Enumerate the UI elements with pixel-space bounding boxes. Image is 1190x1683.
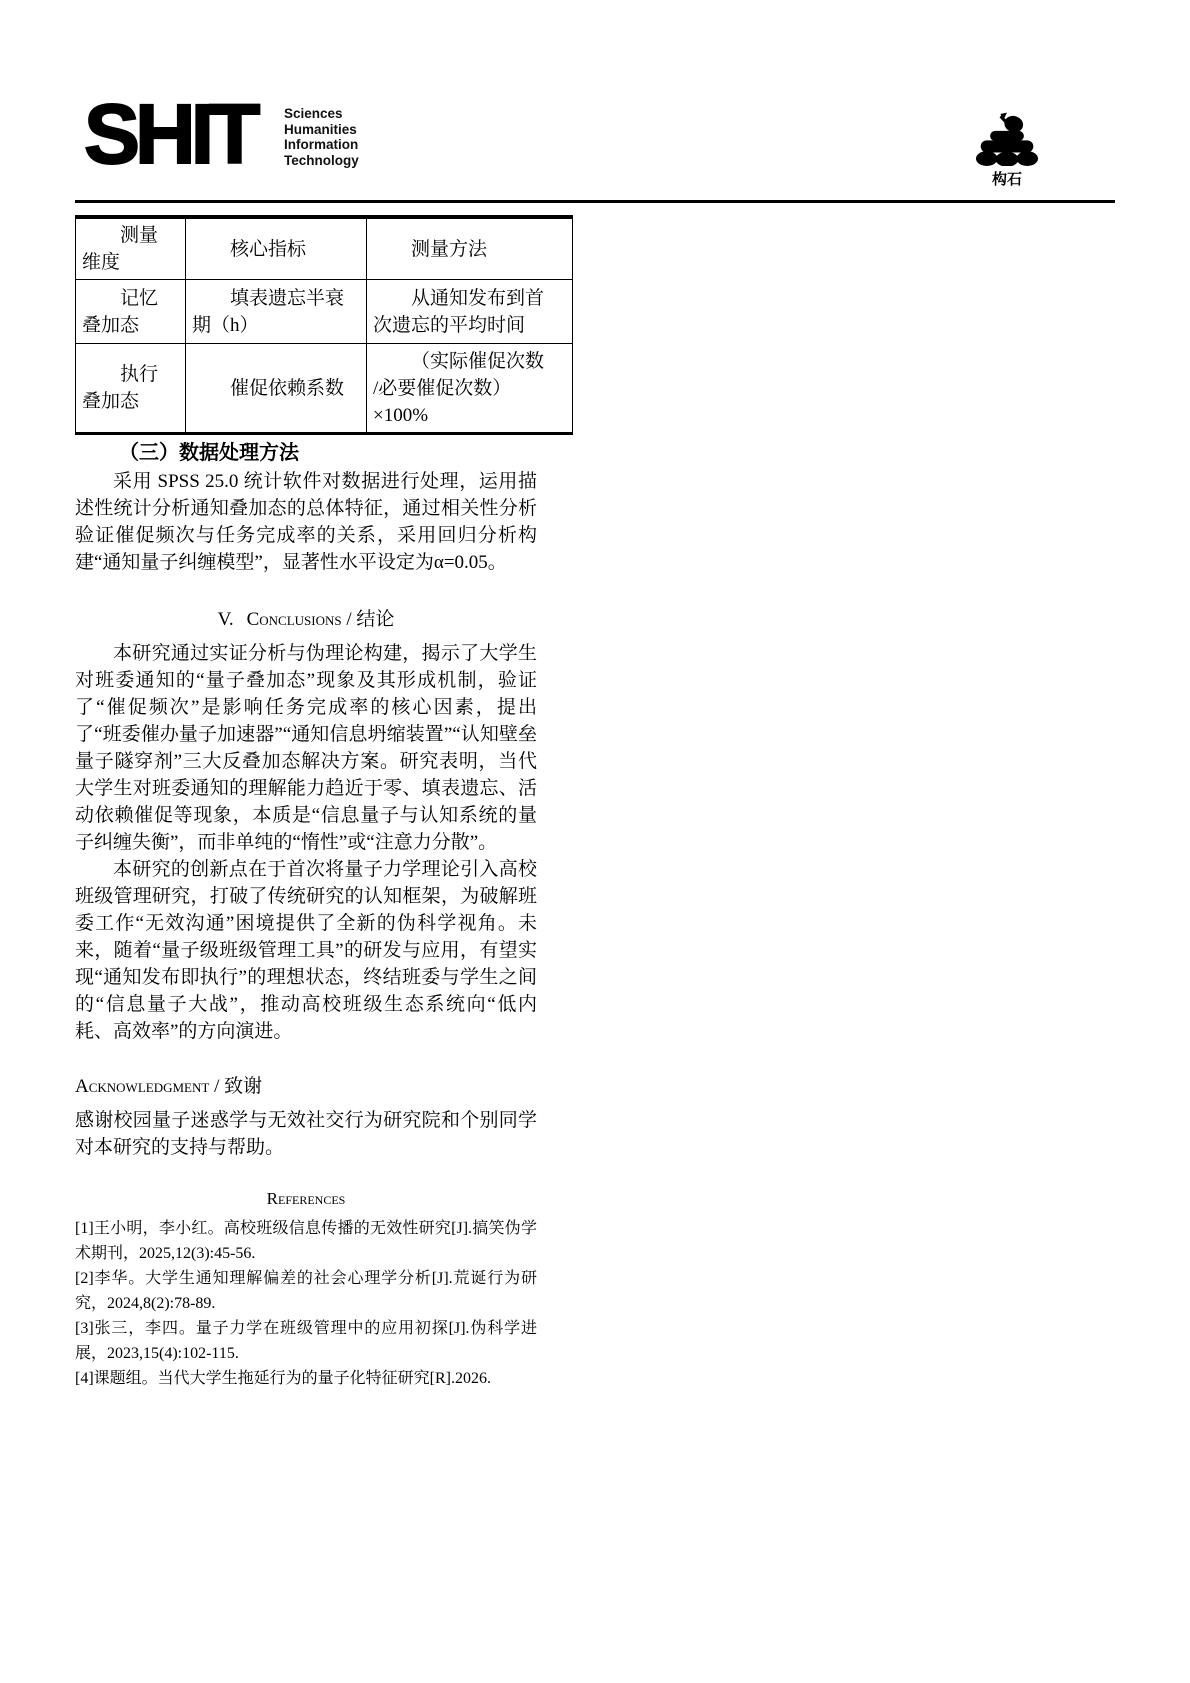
section-heading-conclusions: V.Conclusions / 结论 bbox=[75, 604, 537, 631]
paper-page: SHIT Sciences Humanities Information Tec… bbox=[0, 0, 1190, 1683]
journal-name-line: Humanities bbox=[284, 122, 359, 138]
journal-full-name: Sciences Humanities Information Technolo… bbox=[284, 106, 359, 168]
publisher-name: 构石 bbox=[962, 172, 1052, 188]
main-column: 测量 维度 核心指标 测量方法 记忆 叠加态 填表遗忘半衰 期（h） 从通知发布… bbox=[75, 215, 537, 1391]
reference-item: [1]王小明，李小红。高校班级信息传播的无效性研究[J].搞笑伪学术期刊，202… bbox=[75, 1216, 537, 1266]
rock-pile-icon bbox=[973, 153, 1041, 170]
section-title-zh: / 致谢 bbox=[209, 1076, 262, 1097]
journal-name-line: Technology bbox=[284, 153, 359, 169]
section-title-zh: / 结论 bbox=[342, 609, 395, 630]
table-cell: 执行 叠加态 bbox=[76, 344, 186, 434]
section-heading-references: References bbox=[75, 1189, 537, 1209]
table-header-cell: 测量方法 bbox=[367, 217, 573, 280]
section-heading-acknowledgment: Acknowledgment / 致谢 bbox=[75, 1071, 537, 1098]
table-cell: 填表遗忘半衰 期（h） bbox=[186, 280, 367, 344]
reference-item: [2]李华。大学生通知理解偏差的社会心理学分析[J].荒诞行为研究，2024,8… bbox=[75, 1266, 537, 1316]
table-cell: 从通知发布到首 次遗忘的平均时间 bbox=[367, 280, 573, 344]
reference-list: [1]王小明，李小红。高校班级信息传播的无效性研究[J].搞笑伪学术期刊，202… bbox=[75, 1216, 537, 1391]
section-title-en: Acknowledgment bbox=[75, 1076, 209, 1097]
section-number: V. bbox=[218, 609, 234, 630]
reference-item: [3]张三，李四。量子力学在班级管理中的应用初探[J].伪科学进展，2023,1… bbox=[75, 1316, 537, 1366]
paragraph-conclusions-1: 本研究通过实证分析与伪理论构建，揭示了大学生对班委通知的“量子叠加态”现象及其形… bbox=[75, 640, 537, 856]
paragraph-data-processing: 采用 SPSS 25.0 统计软件对数据进行处理，运用描述性统计分析通知叠加态的… bbox=[75, 468, 537, 576]
journal-logo-wordmark: SHIT bbox=[84, 94, 255, 174]
journal-name-line: Information bbox=[284, 137, 359, 153]
header-divider bbox=[75, 200, 1115, 203]
table-cell: 记忆 叠加态 bbox=[76, 280, 186, 344]
paragraph-conclusions-2: 本研究的创新点在于首次将量子力学理论引入高校班级管理研究，打破了传统研究的认知框… bbox=[75, 856, 537, 1045]
section-title-en: Conclusions bbox=[247, 609, 342, 630]
table-cell: （实际催促次数 /必要催促次数） ×100% bbox=[367, 344, 573, 434]
table-row: 记忆 叠加态 填表遗忘半衰 期（h） 从通知发布到首 次遗忘的平均时间 bbox=[76, 280, 573, 344]
table-header-cell: 核心指标 bbox=[186, 217, 367, 280]
paragraph-acknowledgment: 感谢校园量子迷惑学与无效社交行为研究院和个别同学对本研究的支持与帮助。 bbox=[75, 1107, 537, 1161]
table-header-row: 测量 维度 核心指标 测量方法 bbox=[76, 217, 573, 280]
table-cell: 催促依赖系数 bbox=[186, 344, 367, 434]
reference-item: [4]课题组。当代大学生拖延行为的量子化特征研究[R].2026. bbox=[75, 1366, 537, 1391]
journal-name-line: Sciences bbox=[284, 106, 359, 122]
measurement-table: 测量 维度 核心指标 测量方法 记忆 叠加态 填表遗忘半衰 期（h） 从通知发布… bbox=[75, 215, 573, 435]
subsection-heading-data-processing: （三）数据处理方法 bbox=[75, 440, 537, 466]
table-row: 执行 叠加态 催促依赖系数 （实际催促次数 /必要催促次数） ×100% bbox=[76, 344, 573, 434]
publisher-logo: 构石 bbox=[962, 112, 1052, 188]
table-header-cell: 测量 维度 bbox=[76, 217, 186, 280]
